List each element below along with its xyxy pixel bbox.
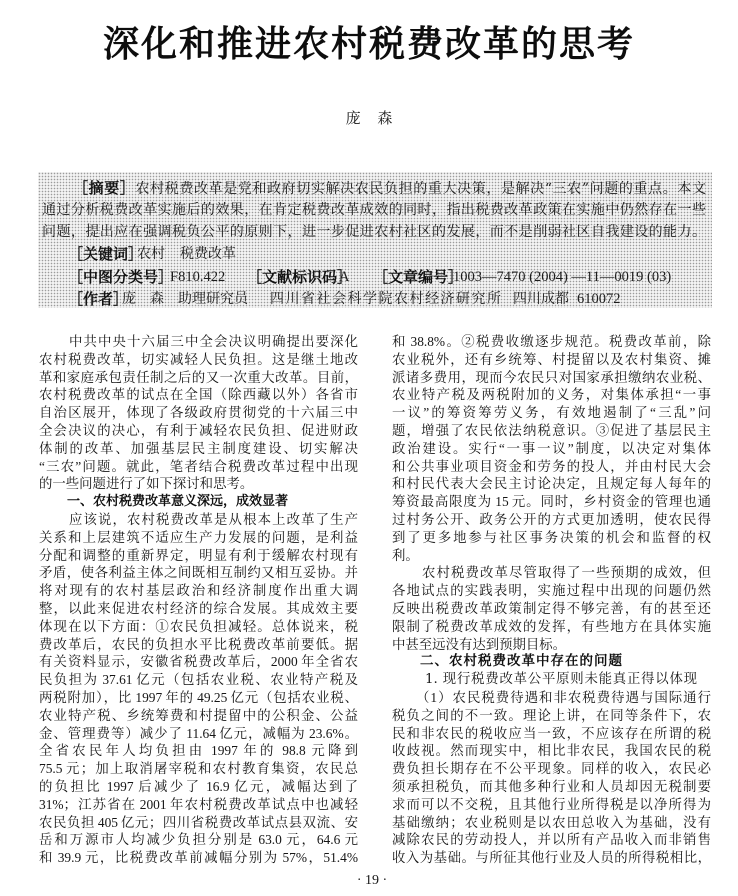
section-1-paragraph-1: 应该说，农村税费改革是从根本上改革了生产 关系和上层建筑不适应生产力发展的问题，… bbox=[39, 511, 358, 867]
body-line: 和 39.9 元，比税费改革前减幅分别为 57%，51.4% bbox=[39, 849, 358, 867]
abstract-line: 问题，提出应在强调税负公平的原则下，进一步促进农村社区的发展，而不是削弱社区自我… bbox=[42, 221, 706, 243]
author-info-row: ［作者］ 庞 森 助理研究员 四川省社会科学院农村经济研究所 四川成都 6100… bbox=[38, 288, 712, 310]
author-institution: 四川省社会科学院农村经济研究所 bbox=[270, 288, 503, 310]
body-line: 民和非农民的税收应当一致，不应该存在所谓的税 bbox=[392, 725, 711, 743]
body-line: 75.5 元；加上取消屠宰税和农村教育集资，农民总 bbox=[39, 760, 358, 778]
body-line: 农村税费改革尽管取得了一些预期的成效，但 bbox=[392, 564, 711, 582]
body-line: 有关资料显示，安徽省税费改革后，2000 年全省农 bbox=[39, 653, 358, 671]
body-line: 的一些问题进行了如下探讨和思考。 bbox=[39, 475, 358, 493]
body-line: 筹资最高限度为 15 元。同时，乡村资金的管理也通 bbox=[392, 493, 711, 511]
abstract-line: 通过分析税费改革实施后的效果，在肯定税费改革成效的同时，指出税费改革政策在实施中… bbox=[42, 199, 706, 221]
body-line: 农村税费改革，切实减轻人民负担。这是继土地改 bbox=[39, 351, 358, 369]
intro-paragraph: 中共中央十六届三中全会决议明确提出要深化 农村税费改革，切实减轻人民负担。这是继… bbox=[39, 333, 358, 493]
body-line: 一议”的筹资筹劳义务，有效地遏制了“三乱”问 bbox=[392, 404, 711, 422]
keywords-label: ［关键词］ bbox=[68, 243, 143, 265]
article-number-value: 1003—7470 (2004) —11—0019 (03) bbox=[453, 266, 671, 288]
body-line: 民负担为 37.61 亿元（包括农业税、农业特产税及 bbox=[39, 671, 358, 689]
body-line: 派诸多费用，现而今农民只对国家承担缴纳农业税、 bbox=[392, 369, 711, 387]
author-city: 四川成都 bbox=[513, 288, 569, 310]
classification-row: ［中图分类号］ F810.422 ［文献标识码］ A ［文章编号］ 1003—7… bbox=[38, 266, 712, 288]
body-line: 金、管理费等）减少了 11.64 亿元，减幅为 23.6%。 bbox=[39, 725, 358, 743]
section-heading: 一、农村税费改革意义深远，成效显著 bbox=[39, 493, 358, 511]
body-line: 自治区展开，体现了各级政府贯彻党的十六届三中 bbox=[39, 404, 358, 422]
document-code-value: A bbox=[339, 266, 349, 288]
body-line: 中共中央十六届三中全会决议明确提出要深化 bbox=[39, 333, 358, 351]
author-name-char: 庞 bbox=[122, 288, 136, 310]
body-line: 关系和上层建筑不适应生产力发展的问题，是利益 bbox=[39, 529, 358, 547]
body-line: 革和家庭承包责任制之后的又一次重大改革。目前， bbox=[39, 369, 358, 387]
body-line: 矛盾，使各利益主体之间既相互制约又相互妥协。并 bbox=[39, 564, 358, 582]
body-line: 和公共事业项目资金和劳务的投人，并由村民大会 bbox=[392, 458, 711, 476]
abstract-line: ［摘要］农村税费改革是党和政府切实解决农民负担的重大决策，是解决“三农”问题的重… bbox=[73, 177, 706, 199]
body-line: 基础缴纳；农业税则是以农田总收入为基础，没有 bbox=[392, 814, 711, 832]
section-1-paragraph-1-continued: 和 38.8%。②税费收缴逐步规范。税费改革前，除 农业税外，还有乡统筹、村提留… bbox=[392, 333, 711, 564]
body-line: 农村税费改革的试点在全国（除西藏以外）各省市 bbox=[39, 386, 358, 404]
body-line: 的负担比 1997 后减少了 16.9 亿元，减幅达到了 bbox=[39, 778, 358, 796]
author-name-char: 森 bbox=[150, 288, 164, 310]
body-line: 收入为基础。与所征其他行业及人员的所得税相比， bbox=[392, 849, 711, 867]
body-line: 农业特产税及两税附加的义务，对集体承担“一事 bbox=[392, 386, 711, 404]
body-line: 体现在以下方面：①农民负担减轻。总体说来，税 bbox=[39, 618, 358, 636]
body-line: 题，增强了农民依法纳税意识。③促进了基层民主 bbox=[392, 422, 711, 440]
body-line: 和村民代表大会民主讨论决定，且规定每人每年的 bbox=[392, 475, 711, 493]
body-line: 收歧视。然而现实中，相比非农民，我国农民的税 bbox=[392, 742, 711, 760]
author-position: 助理研究员 bbox=[178, 288, 248, 310]
keyword: 农村 bbox=[137, 243, 165, 265]
abstract-box: ［摘要］农村税费改革是党和政府切实解决农民负担的重大决策，是解决“三农”问题的重… bbox=[38, 172, 712, 308]
body-line: 费负担长期存在不公平现象。同样的收入，农民必 bbox=[392, 760, 711, 778]
body-line: 减除农民的劳动投人，并以所有产品收入而非销售 bbox=[392, 831, 711, 849]
body-line: 岳和万源市人均减少负担分别是 63.0 元，64.6 元 bbox=[39, 831, 358, 849]
section-1-paragraph-2: 农村税费改革尽管取得了一些预期的成效，但 各地试点的实践表明，实施过程中出现的问… bbox=[392, 564, 711, 653]
page-number: · 19 · bbox=[0, 871, 738, 891]
body-line: 到了更多地参与社区事务决策的机会和监督的权 bbox=[392, 529, 711, 547]
body-line: 两税附加），比 1997 年的 49.25 亿元（包括农业税、 bbox=[39, 689, 358, 707]
author-info-label: ［作者］ bbox=[68, 288, 128, 310]
body-line: 费改革后，农民的负担水平比税费改革前要低。据 bbox=[39, 636, 358, 654]
body-line: 中甚至远没有达到预期目标。 bbox=[392, 636, 711, 654]
keywords-row: ［关键词］ 农村 税费改革 bbox=[38, 243, 712, 265]
body-line: 农民负担 405 亿元；四川省税费改革试点县双流、安 bbox=[39, 814, 358, 832]
body-line: 利。 bbox=[392, 547, 711, 565]
abstract-text: 农村税费改革是党和政府切实解决农民负担的重大决策，是解决“三农”问题的重点。本文 bbox=[135, 181, 706, 197]
body-line: 全会决议的决心，有利于减轻农民负担、促进财政 bbox=[39, 422, 358, 440]
article-author: 庞 森 bbox=[0, 108, 738, 128]
document-code-label: ［文献标识码］ bbox=[247, 266, 352, 288]
body-line: 分配和调整的重新界定，明显有利于缓解农村现有 bbox=[39, 547, 358, 565]
author-postcode: 610072 bbox=[577, 288, 621, 310]
abstract-label: ［摘要］ bbox=[73, 179, 135, 197]
body-line: 限制了税费改革成效的发挥，有些地方在具体实施 bbox=[392, 618, 711, 636]
clc-label: ［中图分类号］ bbox=[68, 266, 173, 288]
body-line: 各地试点的实践表明，实施过程中出现的问题仍然 bbox=[392, 582, 711, 600]
clc-value: F810.422 bbox=[170, 266, 225, 288]
keyword: 税费改革 bbox=[180, 243, 236, 265]
section-heading: 二、农村税费改革中存在的问题 bbox=[392, 653, 711, 671]
body-line: 过村务公开、政务公开的方式更加透明，使农民得 bbox=[392, 511, 711, 529]
body-line: 31%；江苏省在 2001 年农村税费改革试点中也减轻 bbox=[39, 796, 358, 814]
journal-page: 深化和推进农村税费改革的思考 庞 森 ［摘要］农村税费改革是党和政府切实解决农民… bbox=[0, 0, 738, 896]
body-line: 反映出税费改革政策制定得不够完善，有的甚至还 bbox=[392, 600, 711, 618]
body-line: 须承担税负，而其他多种行业和人员却因无税制要 bbox=[392, 778, 711, 796]
body-line: 将对现有的农村基层政治和经济制度作出重大调 bbox=[39, 582, 358, 600]
left-column: 中共中央十六届三中全会决议明确提出要深化 农村税费改革，切实减轻人民负担。这是继… bbox=[39, 333, 358, 867]
body-line: （1）农民税费待遇和非农税费待遇与国际通行 bbox=[392, 689, 711, 707]
body-line: 税负之间的不一致。理论上讲，在同等条件下，农 bbox=[392, 707, 711, 725]
body-line: 求而可以不交税，且其他行业所得税是以净所得为 bbox=[392, 796, 711, 814]
article-number-label: ［文章编号］ bbox=[373, 266, 463, 288]
body-line: 政治建设。实行“一事一议”制度，以决定对集体 bbox=[392, 440, 711, 458]
body-line: 体制的改革、加强基层民主制度建设、切实解决 bbox=[39, 440, 358, 458]
body-line: 整，以此来促进农村经济的综合发展。其成效主要 bbox=[39, 600, 358, 618]
body-line: 农业特产税、乡统筹费和村提留中的公积金、公益 bbox=[39, 707, 358, 725]
body-line: 全省农民年人均负担由 1997 年的 98.8 元降到 bbox=[39, 742, 358, 760]
body-line: “三农”问题。就此，笔者结合税费改革过程中出现 bbox=[39, 458, 358, 476]
article-title: 深化和推进农村税费改革的思考 bbox=[0, 22, 738, 68]
body-line: 和 38.8%。②税费收缴逐步规范。税费改革前，除 bbox=[392, 333, 711, 351]
right-column: 和 38.8%。②税费收缴逐步规范。税费改革前，除 农业税外，还有乡统筹、村提留… bbox=[392, 333, 711, 867]
subsection-heading: 1. 现行税费改革公平原则未能真正得以体现 bbox=[392, 671, 711, 689]
body-line: 应该说，农村税费改革是从根本上改革了生产 bbox=[39, 511, 358, 529]
body-line: 农业税外，还有乡统筹、村提留以及农村集资、摊 bbox=[392, 351, 711, 369]
subsection-1-paragraph-1: （1）农民税费待遇和非农税费待遇与国际通行 税负之间的不一致。理论上讲，在同等条… bbox=[392, 689, 711, 867]
